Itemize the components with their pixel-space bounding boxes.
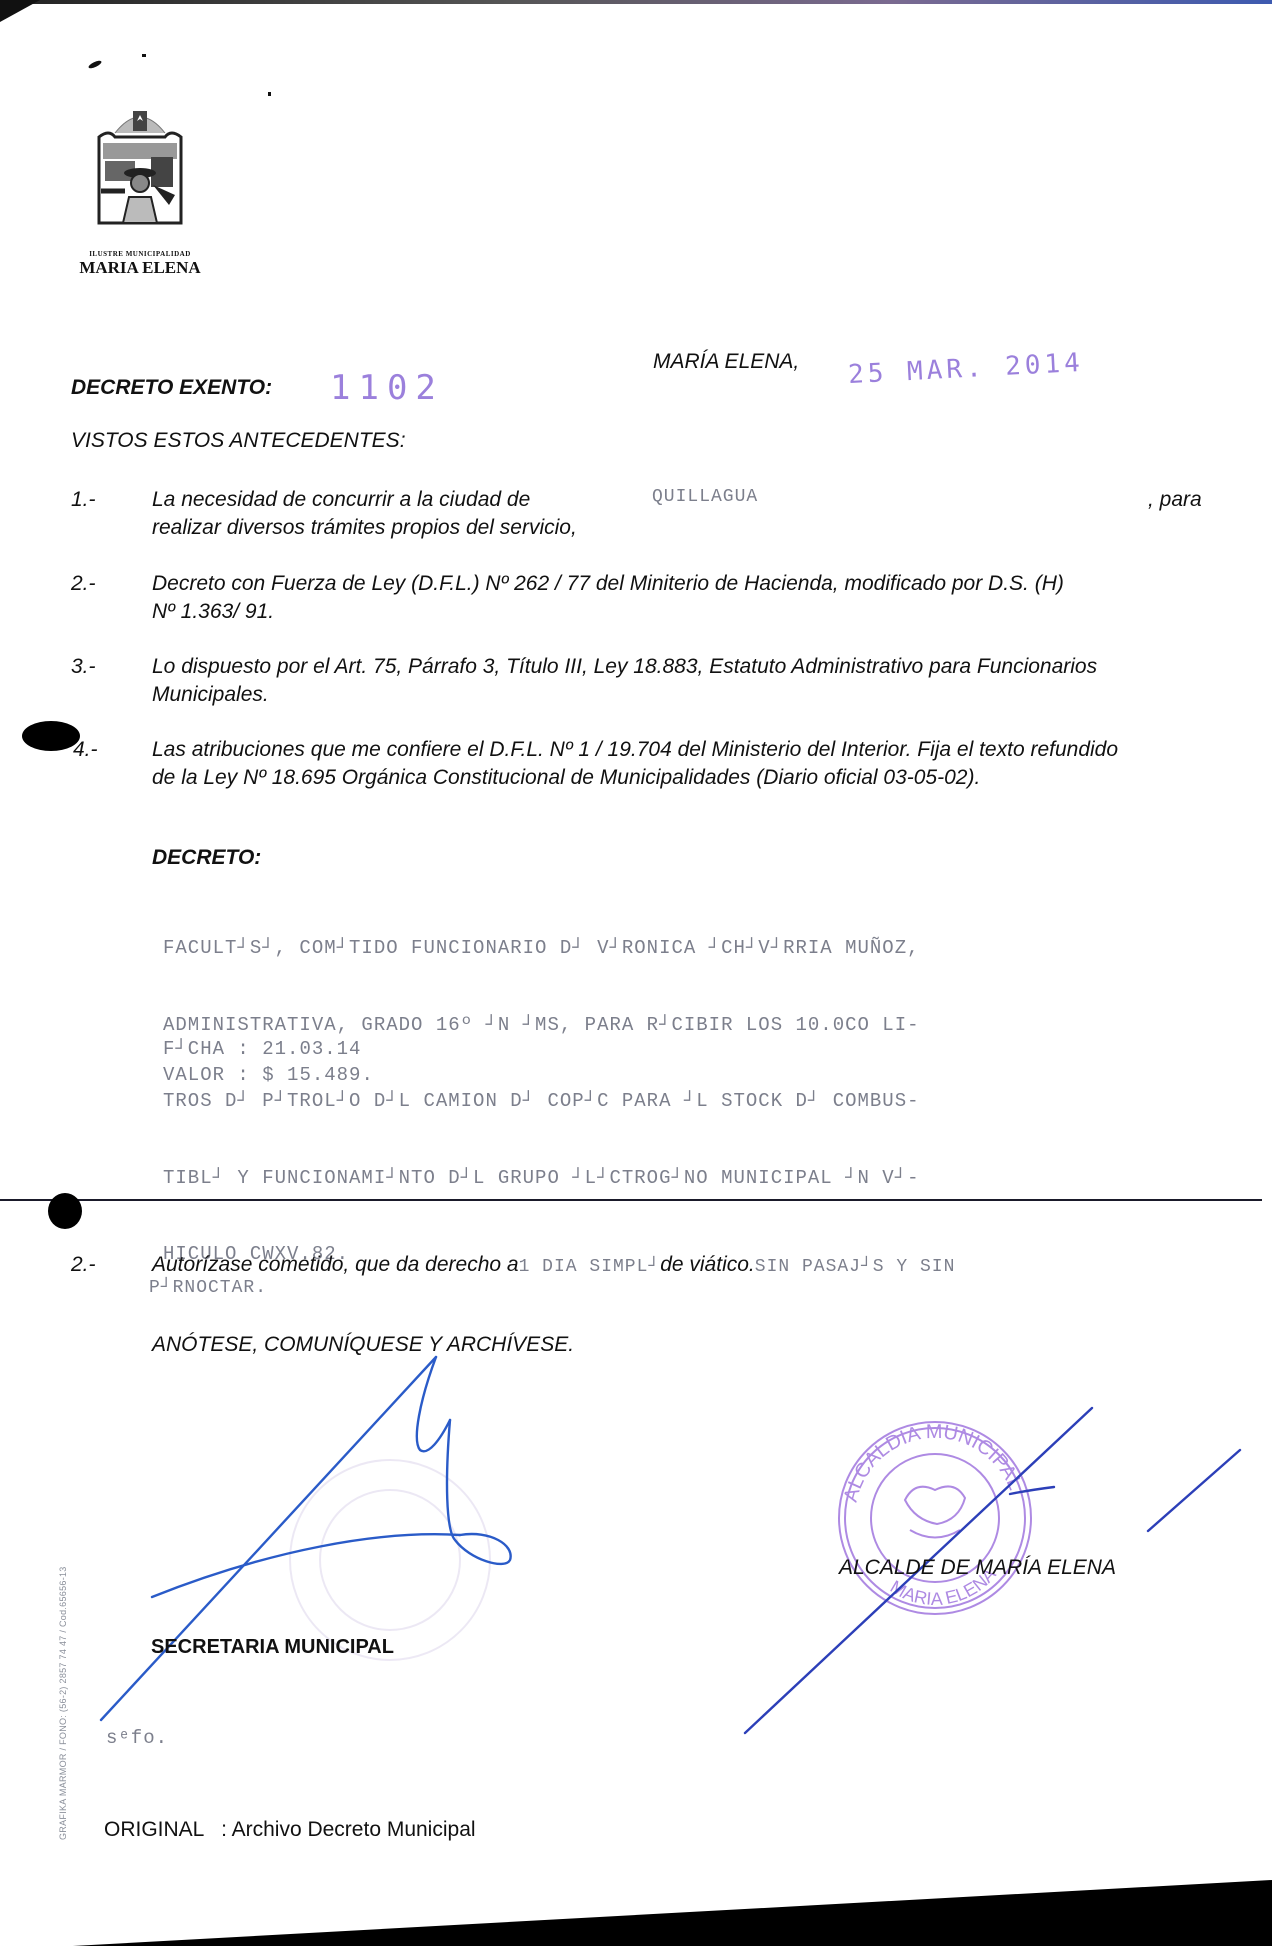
closing-formula: ANÓTESE, COMUNÍQUESE Y ARCHÍVESE. xyxy=(152,1333,574,1357)
item-number: 2.- xyxy=(71,572,96,596)
typed-conditions-line2: P┘RNOCTAR. xyxy=(149,1278,267,1298)
authorization-text: Autorízase cometido, que da derecho a xyxy=(152,1253,519,1276)
item-number: 4.- xyxy=(73,738,98,762)
seal-top-text: ALCALDIA MUNICIPAL xyxy=(840,1421,1026,1504)
fecha-value: 21.03.14 xyxy=(262,1038,361,1060)
item-1-text-after: , para xyxy=(1148,486,1202,514)
item-1-text: La necesidad de concurrir a la ciudad de xyxy=(152,486,530,514)
scan-bottom-edge xyxy=(0,1880,1272,1946)
municipal-coat-of-arms-icon xyxy=(95,105,185,240)
punch-hole xyxy=(48,1193,82,1229)
item-number: 2.- xyxy=(71,1253,96,1277)
item-number: 3.- xyxy=(71,655,96,679)
typed-line: TROS D┘ P┘TROL┘O D┘L CAMION D┘ COP┘C PAR… xyxy=(163,1089,920,1115)
decree-fecha: F┘CHA : 21.03.14 xyxy=(163,1036,361,1062)
fecha-label: F┘CHA : xyxy=(163,1038,250,1060)
secretary-seal-icon xyxy=(290,1460,490,1660)
typed-city: QUILLAGUA xyxy=(652,487,758,507)
scanned-decree-page: ILUSTRE MUNICIPALIDAD MARIA ELENA MARÍA … xyxy=(0,0,1272,1946)
item-1-text-line2: realizar diversos trámites propios del s… xyxy=(152,514,577,542)
speck-mark xyxy=(268,92,271,96)
place-label: MARÍA ELENA, xyxy=(653,350,799,374)
secretary-label: SECRETARIA MUNICIPAL xyxy=(151,1636,394,1659)
item-number: 1.- xyxy=(71,488,96,512)
speck-mark xyxy=(88,59,103,69)
letterhead-org-small: ILUSTRE MUNICIPALIDAD xyxy=(60,250,220,258)
letterhead-org-name: MARIA ELENA xyxy=(60,258,220,278)
typed-line: TIBL┘ Y FUNCIONAMI┘NTO D┘L GRUPO ┘L┘CTRO… xyxy=(163,1166,920,1192)
authorization-line: Autorízase cometido, que da derecho a1 D… xyxy=(152,1251,955,1281)
decree-valor: VALOR : $ 15.489. xyxy=(163,1062,374,1088)
punch-hole xyxy=(22,721,80,751)
decree-label: DECRETO EXENTO: xyxy=(71,376,272,400)
speck-mark xyxy=(142,54,146,57)
divider-line xyxy=(0,1199,1262,1201)
valor-label: VALOR : xyxy=(163,1064,250,1086)
item-4-line1: Las atribuciones que me confiere el D.F.… xyxy=(152,736,1118,764)
typed-line: ADMINISTRATIVA, GRADO 16º ┘N ┘MS, PARA R… xyxy=(163,1013,920,1039)
typed-conditions: SIN PASAJ┘S Y SIN xyxy=(755,1257,956,1277)
distribution-value: : Archivo Decreto Municipal xyxy=(221,1818,475,1841)
item-4-line2: de la Ley Nº 18.695 Orgánica Constitucio… xyxy=(152,764,980,792)
typist-initials: sᵉfo. xyxy=(106,1727,168,1749)
item-2-line1: Decreto con Fuerza de Ley (D.F.L.) Nº 26… xyxy=(152,570,1064,598)
item-2-line2: Nº 1.363/ 91. xyxy=(152,598,274,626)
item-3-line1: Lo dispuesto por el Art. 75, Párrafo 3, … xyxy=(152,653,1097,681)
scan-top-edge xyxy=(0,0,1272,4)
valor-value: $ 15.489. xyxy=(262,1064,374,1086)
scan-folded-corner xyxy=(0,0,40,22)
antecedents-heading: VISTOS ESTOS ANTECEDENTES: xyxy=(71,429,406,453)
mayor-label: ALCALDE DE MARÍA ELENA xyxy=(839,1556,1116,1580)
svg-text:ALCALDIA MUNICIPAL: ALCALDIA MUNICIPAL xyxy=(840,1421,1026,1504)
authorization-text-mid: de viático. xyxy=(660,1253,755,1276)
date-stamp: 25 MAR. 2014 xyxy=(847,348,1084,390)
typed-line: FACULT┘S┘, COM┘TIDO FUNCIONARIO D┘ V┘RON… xyxy=(163,936,920,962)
decree-number-stamp: 1102 xyxy=(330,368,444,408)
printer-credit: GRAFIKA MARMOR / FONO: (56-2) 2857 74 47… xyxy=(58,1566,68,1840)
secretary-signature xyxy=(101,1357,511,1720)
item-3-line2: Municipales. xyxy=(152,681,269,709)
mayor-seal-icon: ALCALDIA MUNICIPAL MARIA ELENA xyxy=(839,1421,1031,1614)
distribution-line: ORIGINAL : Archivo Decreto Municipal xyxy=(104,1818,476,1842)
decree-heading: DECRETO: xyxy=(152,846,261,870)
distribution-label: ORIGINAL xyxy=(104,1818,204,1841)
typed-days: 1 DIA SIMPL┘ xyxy=(519,1257,661,1277)
